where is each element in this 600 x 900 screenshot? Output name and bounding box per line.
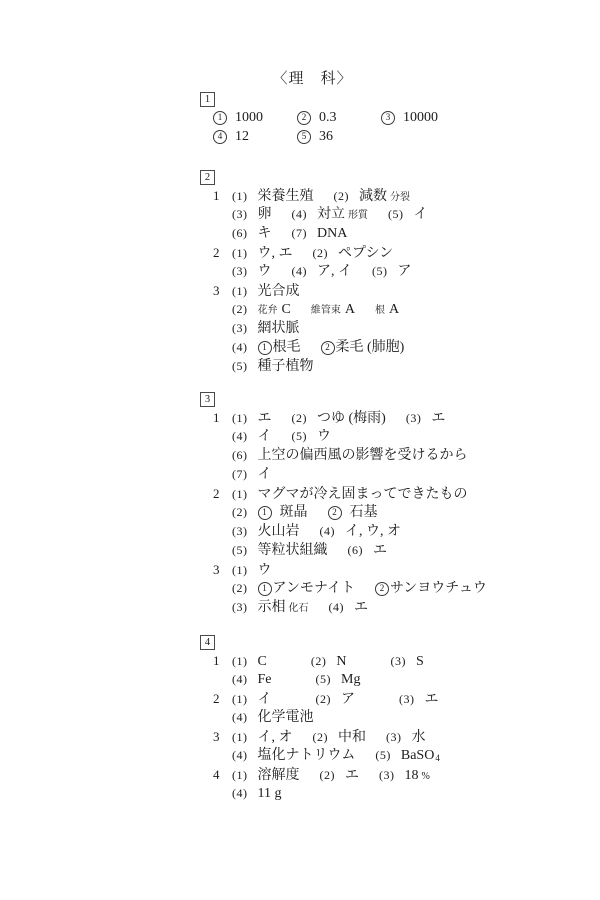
answer-part-label: (1) — [232, 692, 248, 706]
question-number: 1 — [213, 186, 232, 205]
answer-line: 3(1)ウ — [0, 560, 600, 579]
answer-line: 4(1)溶解度(2)エ(3)18% — [0, 765, 600, 784]
answer-part-label: (2) — [232, 505, 248, 519]
section-header-line: 4 — [0, 632, 600, 651]
answer-line: 2(1)ウ, エ(2)ペプシン — [0, 243, 600, 262]
answer-part-label: (4) — [292, 264, 308, 278]
answer-value: 0.3 — [319, 108, 369, 127]
answer-line: 2(1)マグマが冷え固まってできたもの — [0, 484, 600, 503]
subscript: 4 — [435, 753, 440, 763]
answer-text: Mg — [341, 672, 360, 687]
question-number: 3 — [213, 727, 232, 746]
answer-text: Fe — [258, 672, 272, 687]
answer-text: 11 g — [258, 786, 282, 801]
answer-text: S — [416, 654, 424, 669]
answer-part-label: (7) — [232, 467, 248, 481]
answer-value: 1000 — [235, 108, 285, 127]
answer-part-label: (2) — [311, 654, 327, 668]
answer-part-label: (3) — [232, 321, 248, 335]
section-number-box: 3 — [200, 392, 215, 407]
answer-text: 等粒状組織 — [258, 543, 328, 558]
preprinted-note: 形質 — [348, 210, 368, 221]
answer-part-label: (4) — [232, 340, 248, 354]
answer-part-label: (2) — [232, 302, 248, 316]
answer-value: 10000 — [403, 108, 453, 127]
preprinted-note: % — [422, 771, 430, 782]
answer-text: ア — [341, 692, 355, 707]
answer-text: イ — [414, 207, 428, 222]
question-number: 3 — [213, 560, 232, 579]
answer-text: ウ — [317, 429, 331, 444]
answer-line: (3)卵(4)対立形質(5)イ — [0, 205, 600, 224]
answer-text: 網状脈 — [258, 321, 300, 336]
answer-line: (3)示相化石(4)エ — [0, 598, 600, 617]
answer-line: (4)塩化ナトリウム(5)BaSO4 — [0, 746, 600, 765]
answer-line: (7)イ — [0, 465, 600, 484]
answer-part-label: (4) — [232, 672, 248, 686]
section-number-box: 2 — [200, 170, 215, 185]
answer-text: イ — [258, 467, 272, 482]
answer-part-label: (1) — [232, 654, 248, 668]
answer-line: 1(1)C(2)N(3)S — [0, 651, 600, 670]
answer-text: エ — [345, 768, 359, 783]
answer-line: (4)化学電池 — [0, 708, 600, 727]
answer-part-label: (4) — [232, 786, 248, 800]
answer-part-label: (5) — [372, 264, 388, 278]
answer-line: 2(1)イ(2)ア(3)エ — [0, 689, 600, 708]
question-number: 1 — [213, 651, 232, 670]
answer-line: (6)上空の偏西風の影響を受けるから — [0, 446, 600, 465]
section-number-box: 1 — [200, 92, 215, 107]
answer-text: ウ — [258, 563, 272, 578]
answer-line: (3)網状脈 — [0, 319, 600, 338]
preprinted-note: 化石 — [289, 603, 309, 614]
answer-sections: 11100020.331000041253621(1)栄養生殖(2)減数分裂(3… — [0, 89, 600, 803]
answer-part-label: (2) — [313, 246, 329, 260]
answer-text: イ, ウ, オ — [345, 524, 401, 539]
answer-text: DNA — [317, 226, 347, 241]
answer-text: 根A — [375, 302, 399, 317]
answer-text: 花弁C — [258, 302, 291, 317]
answer-text: キ — [258, 226, 272, 241]
answer-text: エ — [425, 692, 439, 707]
answer-part-label: (5) — [232, 543, 248, 557]
answer-text: 減数分裂 — [359, 189, 410, 204]
answer-text: サンヨウチュウ — [390, 581, 487, 596]
answer-part-label: (1) — [232, 730, 248, 744]
answer-text: ウ, エ — [258, 246, 293, 261]
answer-text: 化学電池 — [258, 710, 314, 725]
answer-text: エ — [258, 411, 272, 426]
question-number: 4 — [213, 765, 232, 784]
answer-part-label: (2) — [320, 768, 336, 782]
answer-part-label: (3) — [232, 207, 248, 221]
answer-text: アンモナイト — [273, 581, 355, 596]
answer-line: 3(1)光合成 — [0, 281, 600, 300]
circled-number: 2 — [375, 582, 389, 596]
answer-part-label: (3) — [406, 411, 422, 425]
answer-text: BaSO4 — [401, 748, 440, 763]
answer-part-label: (1) — [232, 246, 248, 260]
answer-text: 18% — [405, 768, 430, 783]
answer-part-label: (4) — [329, 600, 345, 614]
answer-line: (6)キ(7)DNA — [0, 224, 600, 243]
preprinted-note: 分裂 — [390, 192, 410, 203]
answer-part-label: (4) — [232, 748, 248, 762]
answer-text: 栄養生殖 — [258, 189, 314, 204]
question-number: 3 — [213, 281, 232, 300]
answer-part-label: (3) — [232, 264, 248, 278]
answer-part-label: (3) — [379, 768, 395, 782]
answer-line: (3)火山岩(4)イ, ウ, オ — [0, 522, 600, 541]
answer-part-label: (3) — [399, 692, 415, 706]
answer-line: (5)種子植物 — [0, 357, 600, 376]
section-header-line: 1 — [0, 89, 600, 108]
answer-part-label: (5) — [375, 748, 391, 762]
preprinted-note: 花弁 — [258, 305, 278, 316]
answer-line: 3(1)イ, オ(2)中和(3)水 — [0, 727, 600, 746]
answer-part-label: (3) — [390, 654, 406, 668]
answer-part-label: (2) — [232, 581, 248, 595]
answer-part-label: (1) — [232, 411, 248, 425]
answer-part-label: (5) — [388, 207, 404, 221]
question-number: 1 — [213, 408, 232, 427]
answer-line: (2)1アンモナイト2サンヨウチュウ — [0, 579, 600, 598]
answer-text: N — [336, 654, 346, 669]
answer-sheet-page: 〈理 科〉 11100020.331000041253621(1)栄養生殖(2)… — [0, 0, 600, 900]
answer-part-label: (2) — [316, 692, 332, 706]
section-header-line: 3 — [0, 389, 600, 408]
page-content: 〈理 科〉 11100020.331000041253621(1)栄養生殖(2)… — [0, 0, 600, 803]
answer-text: マグマが冷え固まってできたもの — [258, 487, 468, 502]
answer-line: (2)1斑晶2石基 — [0, 503, 600, 522]
section-number-box: 4 — [200, 635, 215, 650]
answer-line: (4)イ(5)ウ — [0, 427, 600, 446]
question-number: 2 — [213, 689, 232, 708]
answer-text: ア, イ — [317, 264, 352, 279]
circled-number: 4 — [213, 130, 227, 144]
preprinted-note: 維管束 — [311, 305, 341, 316]
answer-text: 対立形質 — [317, 207, 368, 222]
answer-line: (4)11 g — [0, 784, 600, 803]
circled-number: 3 — [381, 111, 395, 125]
question-number: 2 — [213, 484, 232, 503]
answer-line: (2)花弁C維管束A根A — [0, 300, 600, 319]
answer-part-label: (5) — [316, 672, 332, 686]
answer-part-label: (1) — [232, 563, 248, 577]
answer-value: 36 — [319, 127, 369, 146]
answer-part-label: (5) — [232, 359, 248, 373]
answer-text: イ — [258, 692, 272, 707]
answer-part-label: (3) — [232, 600, 248, 614]
answer-text: ペプシン — [338, 246, 393, 261]
answer-text: 溶解度 — [258, 768, 300, 783]
answer-line: (4)1根毛2柔毛 (肺胞) — [0, 338, 600, 357]
answer-part-label: (1) — [232, 487, 248, 501]
answer-part-label: (6) — [232, 226, 248, 240]
answer-text: 石基 — [350, 505, 378, 520]
answer-text: C — [258, 654, 267, 669]
answer-text: エ — [354, 600, 368, 615]
answer-part-label: (7) — [292, 226, 308, 240]
answer-part-label: (1) — [232, 768, 248, 782]
answer-part-label: (1) — [232, 189, 248, 203]
answer-text: 光合成 — [258, 284, 300, 299]
section-2: 21(1)栄養生殖(2)減数分裂(3)卵(4)対立形質(5)イ(6)キ(7)DN… — [0, 167, 600, 376]
answer-text: 塩化ナトリウム — [258, 748, 356, 763]
circled-number: 5 — [297, 130, 311, 144]
answer-line: (3)ウ(4)ア, イ(5)ア — [0, 262, 600, 281]
answer-part-label: (4) — [232, 710, 248, 724]
answer-text: 上空の偏西風の影響を受けるから — [258, 448, 468, 463]
answer-line: 1(1)栄養生殖(2)減数分裂 — [0, 186, 600, 205]
answer-text: 示相化石 — [258, 600, 309, 615]
answer-text: ア — [398, 264, 412, 279]
section-header-line: 2 — [0, 167, 600, 186]
answer-text: イ, オ — [258, 730, 293, 745]
answer-text: 種子植物 — [258, 359, 314, 374]
answer-text: 中和 — [338, 730, 366, 745]
answer-value: 12 — [235, 127, 285, 146]
answer-text: 火山岩 — [258, 524, 300, 539]
answer-text: エ — [373, 543, 387, 558]
answer-part-label: (6) — [348, 543, 364, 557]
circled-number: 2 — [297, 111, 311, 125]
answer-line: 412536 — [0, 127, 600, 146]
section-3: 31(1)エ(2)つゆ (梅雨)(3)エ(4)イ(5)ウ(6)上空の偏西風の影響… — [0, 389, 600, 617]
question-number: 2 — [213, 243, 232, 262]
page-title: 〈理 科〉 — [0, 70, 600, 89]
answer-part-label: (4) — [292, 207, 308, 221]
answer-part-label: (2) — [334, 189, 350, 203]
circled-number: 2 — [321, 341, 335, 355]
answer-line: (5)等粒状組織(6)エ — [0, 541, 600, 560]
answer-text: 維管束A — [311, 302, 355, 317]
answer-part-label: (2) — [292, 411, 308, 425]
answer-part-label: (6) — [232, 448, 248, 462]
answer-part-label: (4) — [320, 524, 336, 538]
answer-text: エ — [431, 411, 445, 426]
answer-part-label: (4) — [232, 429, 248, 443]
answer-text: 卵 — [258, 207, 272, 222]
answer-part-label: (2) — [313, 730, 329, 744]
answer-line: 1100020.3310000 — [0, 108, 600, 127]
answer-text: つゆ (梅雨) — [317, 411, 386, 426]
answer-text: 根毛 — [273, 340, 301, 355]
answer-part-label: (3) — [232, 524, 248, 538]
answer-line: 1(1)エ(2)つゆ (梅雨)(3)エ — [0, 408, 600, 427]
circled-number: 1 — [213, 111, 227, 125]
answer-text: イ — [258, 429, 272, 444]
preprinted-note: 根 — [375, 305, 385, 316]
circled-number: 1 — [258, 506, 272, 520]
circled-number: 2 — [328, 506, 342, 520]
circled-number: 1 — [258, 582, 272, 596]
answer-line: (4)Fe(5)Mg — [0, 670, 600, 689]
answer-text: ウ — [258, 264, 272, 279]
answer-part-label: (1) — [232, 284, 248, 298]
answer-part-label: (5) — [292, 429, 308, 443]
section-4: 41(1)C(2)N(3)S(4)Fe(5)Mg2(1)イ(2)ア(3)エ(4)… — [0, 632, 600, 803]
answer-part-label: (3) — [386, 730, 402, 744]
answer-text: 水 — [412, 730, 426, 745]
section-1: 11100020.3310000412536 — [0, 89, 600, 146]
circled-number: 1 — [258, 341, 272, 355]
answer-text: 斑晶 — [280, 505, 308, 520]
answer-text: 柔毛 (肺胞) — [336, 340, 405, 355]
